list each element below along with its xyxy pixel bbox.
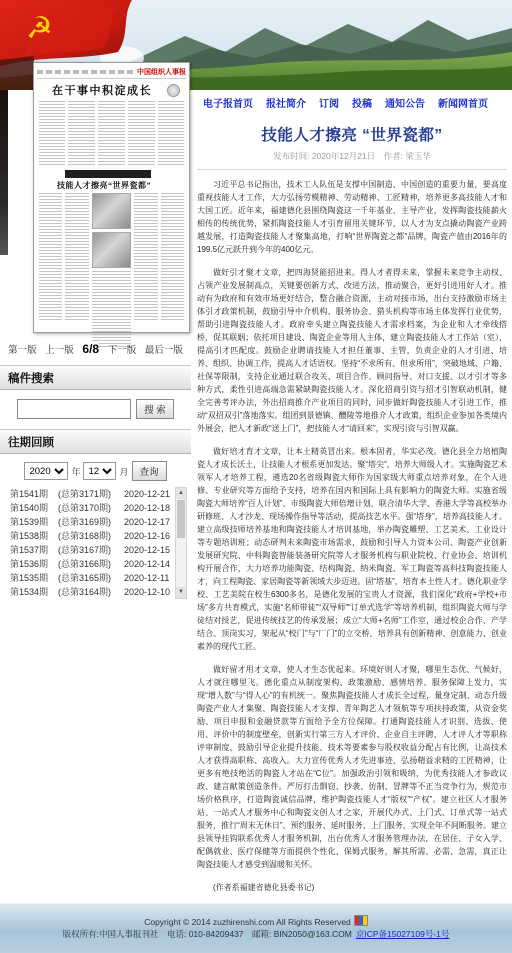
thumb-text-column — [39, 101, 66, 167]
meta-divider — [197, 169, 507, 170]
thumb-photo — [92, 193, 130, 229]
query-button[interactable]: 查询 — [132, 461, 167, 481]
scroll-down-icon[interactable]: ▼ — [176, 587, 186, 598]
search-section-header: 稿件搜索 — [0, 365, 191, 390]
archive-section-header: 往期回顾 — [0, 429, 191, 454]
thumb-text-column — [65, 193, 89, 321]
nav-epaper-home[interactable]: 电子报首页 — [203, 95, 253, 110]
thumb-photo — [92, 232, 130, 268]
thumb-highlight-bar — [65, 170, 151, 178]
thumb-text-columns — [37, 101, 186, 167]
issue-list-item[interactable]: 第1537期(总第3167期)2020-12-15 — [10, 543, 173, 557]
year-select[interactable]: 2020 — [24, 462, 68, 480]
year-label: 年 — [71, 465, 80, 478]
month-label: 月 — [119, 465, 128, 478]
article-title: 技能人才擦亮 “世界瓷都” — [197, 123, 507, 145]
article-paragraph: 做好培才育才文章，让本土精英冒出来。根本固者，华实必茂。德化县全力培植陶瓷人才成… — [197, 445, 507, 653]
publisher-contact-text: 版权所有:中国人事报刊社 电话: 010-84209437 邮箱: BIN205… — [63, 929, 352, 939]
issue-list-scrollbar[interactable]: ▲ ▼ — [175, 487, 187, 599]
sidebar: 第一版 上一版 6/8 下一版 最后一版 稿件搜索 搜 索 往期回顾 2020 … — [0, 336, 191, 599]
search-input[interactable] — [17, 399, 131, 419]
thumb-text-column — [134, 193, 158, 321]
scroll-up-icon[interactable]: ▲ — [176, 488, 186, 499]
paper-thumbnail[interactable]: 中国组织人事报 在干事中积淀成长 技能人才擦亮“世界瓷都” — [33, 62, 190, 333]
epaper-page: ☭ 中国组织人事报 在干事中积淀成长 技能人才擦亮“世界瓷都” — [0, 0, 512, 953]
nav-subscribe[interactable]: 订阅 — [319, 95, 339, 110]
thumb-photo-area — [92, 193, 130, 349]
paper-masthead-logo: 中国组织人事报 — [137, 67, 186, 77]
nav-news-home[interactable]: 新闻网首页 — [438, 95, 488, 110]
thumb-subheadline: 技能人才擦亮“世界瓷都” — [57, 180, 186, 191]
search-button[interactable]: 搜 索 — [136, 399, 174, 419]
nav-submit[interactable]: 投稿 — [352, 95, 372, 110]
thumb-text-column — [68, 101, 95, 167]
article-paragraph: 做好引才聚才文章，把四海贤能招进来。得人才者得未来，掌握未来竞争主动权、占领产业… — [197, 266, 507, 435]
hammer-sickle-icon: ☭ — [26, 11, 53, 46]
month-select[interactable]: 12 — [83, 462, 116, 480]
thumb-text-column — [98, 101, 125, 167]
issue-list-item[interactable]: 第1534期(总第3164期)2020-12-10 — [10, 585, 173, 599]
first-page-link[interactable]: 第一版 — [8, 345, 37, 356]
article-main: 电子报首页 报社简介 订阅 投稿 通知公告 新闻网首页 技能人才擦亮 “世界瓷都… — [197, 92, 507, 894]
next-page-link[interactable]: 下一版 — [108, 345, 137, 356]
thumb-masthead: 中国组织人事报 — [37, 66, 186, 79]
thumb-text-column — [161, 193, 185, 321]
issue-list-item[interactable]: 第1536期(总第3166期)2020-12-14 — [10, 557, 173, 571]
issue-list-item[interactable]: 第1538期(总第3168期)2020-12-16 — [10, 529, 173, 543]
issue-list-item[interactable]: 第1539期(总第3169期)2020-12-17 — [10, 515, 173, 529]
top-navigation: 电子报首页 报社简介 订阅 投稿 通知公告 新闻网首页 — [197, 92, 507, 116]
nav-about[interactable]: 报社简介 — [266, 95, 306, 110]
last-page-link[interactable]: 最后一版 — [145, 345, 183, 356]
copyright-text: Copyright © 2014 zuzhirenshi.com All Rig… — [144, 917, 351, 927]
issue-list-item[interactable]: 第1540期(总第3170期)2020-12-18 — [10, 501, 173, 515]
thumb-text-column — [158, 101, 185, 167]
page-pager: 第一版 上一版 6/8 下一版 最后一版 — [0, 342, 191, 356]
page-footer: Copyright © 2014 zuzhirenshi.com All Rig… — [0, 903, 512, 953]
thumb-headline: 在干事中积淀成长 — [37, 82, 167, 98]
thumb-text-columns — [37, 193, 186, 349]
thumb-emblem-icon — [167, 84, 180, 97]
thumb-masthead-line — [37, 70, 133, 74]
page-indicator: 6/8 — [82, 342, 99, 356]
issue-list-item[interactable]: 第1541期(总第3171期)2020-12-21 — [10, 487, 173, 501]
scrollbar-thumb[interactable] — [177, 500, 185, 538]
article-paragraph: 做好留才用才文章，使人才生态优起来。环境好则人才聚，哪里生态优、气候好，人才就往… — [197, 663, 507, 871]
thumb-text-column — [39, 193, 63, 321]
issue-list-item[interactable]: 第1535期(总第3165期)2020-12-11 — [10, 571, 173, 585]
nav-notices[interactable]: 通知公告 — [385, 95, 425, 110]
article-paragraph: 习近平总书记指出，技术工人队伍是支撑中国制造、中国创造的重要力量，要高度重视技能… — [197, 178, 507, 256]
article-byline: (作者系福建省德化县委书记) — [197, 881, 507, 894]
banner-edge-shadow — [0, 90, 8, 255]
icp-license-link[interactable]: 京ICP备15027109号-1号 — [356, 929, 450, 939]
prev-page-link[interactable]: 上一版 — [45, 345, 74, 356]
article-meta: 发布时间: 2020年12月21日 作者: 梁玉华 — [197, 150, 507, 169]
visitor-stats-icon[interactable] — [354, 915, 368, 926]
issue-list: 第1541期(总第3171期)2020-12-21 第1540期(总第3170期… — [10, 487, 187, 599]
thumb-text-column — [128, 101, 155, 167]
